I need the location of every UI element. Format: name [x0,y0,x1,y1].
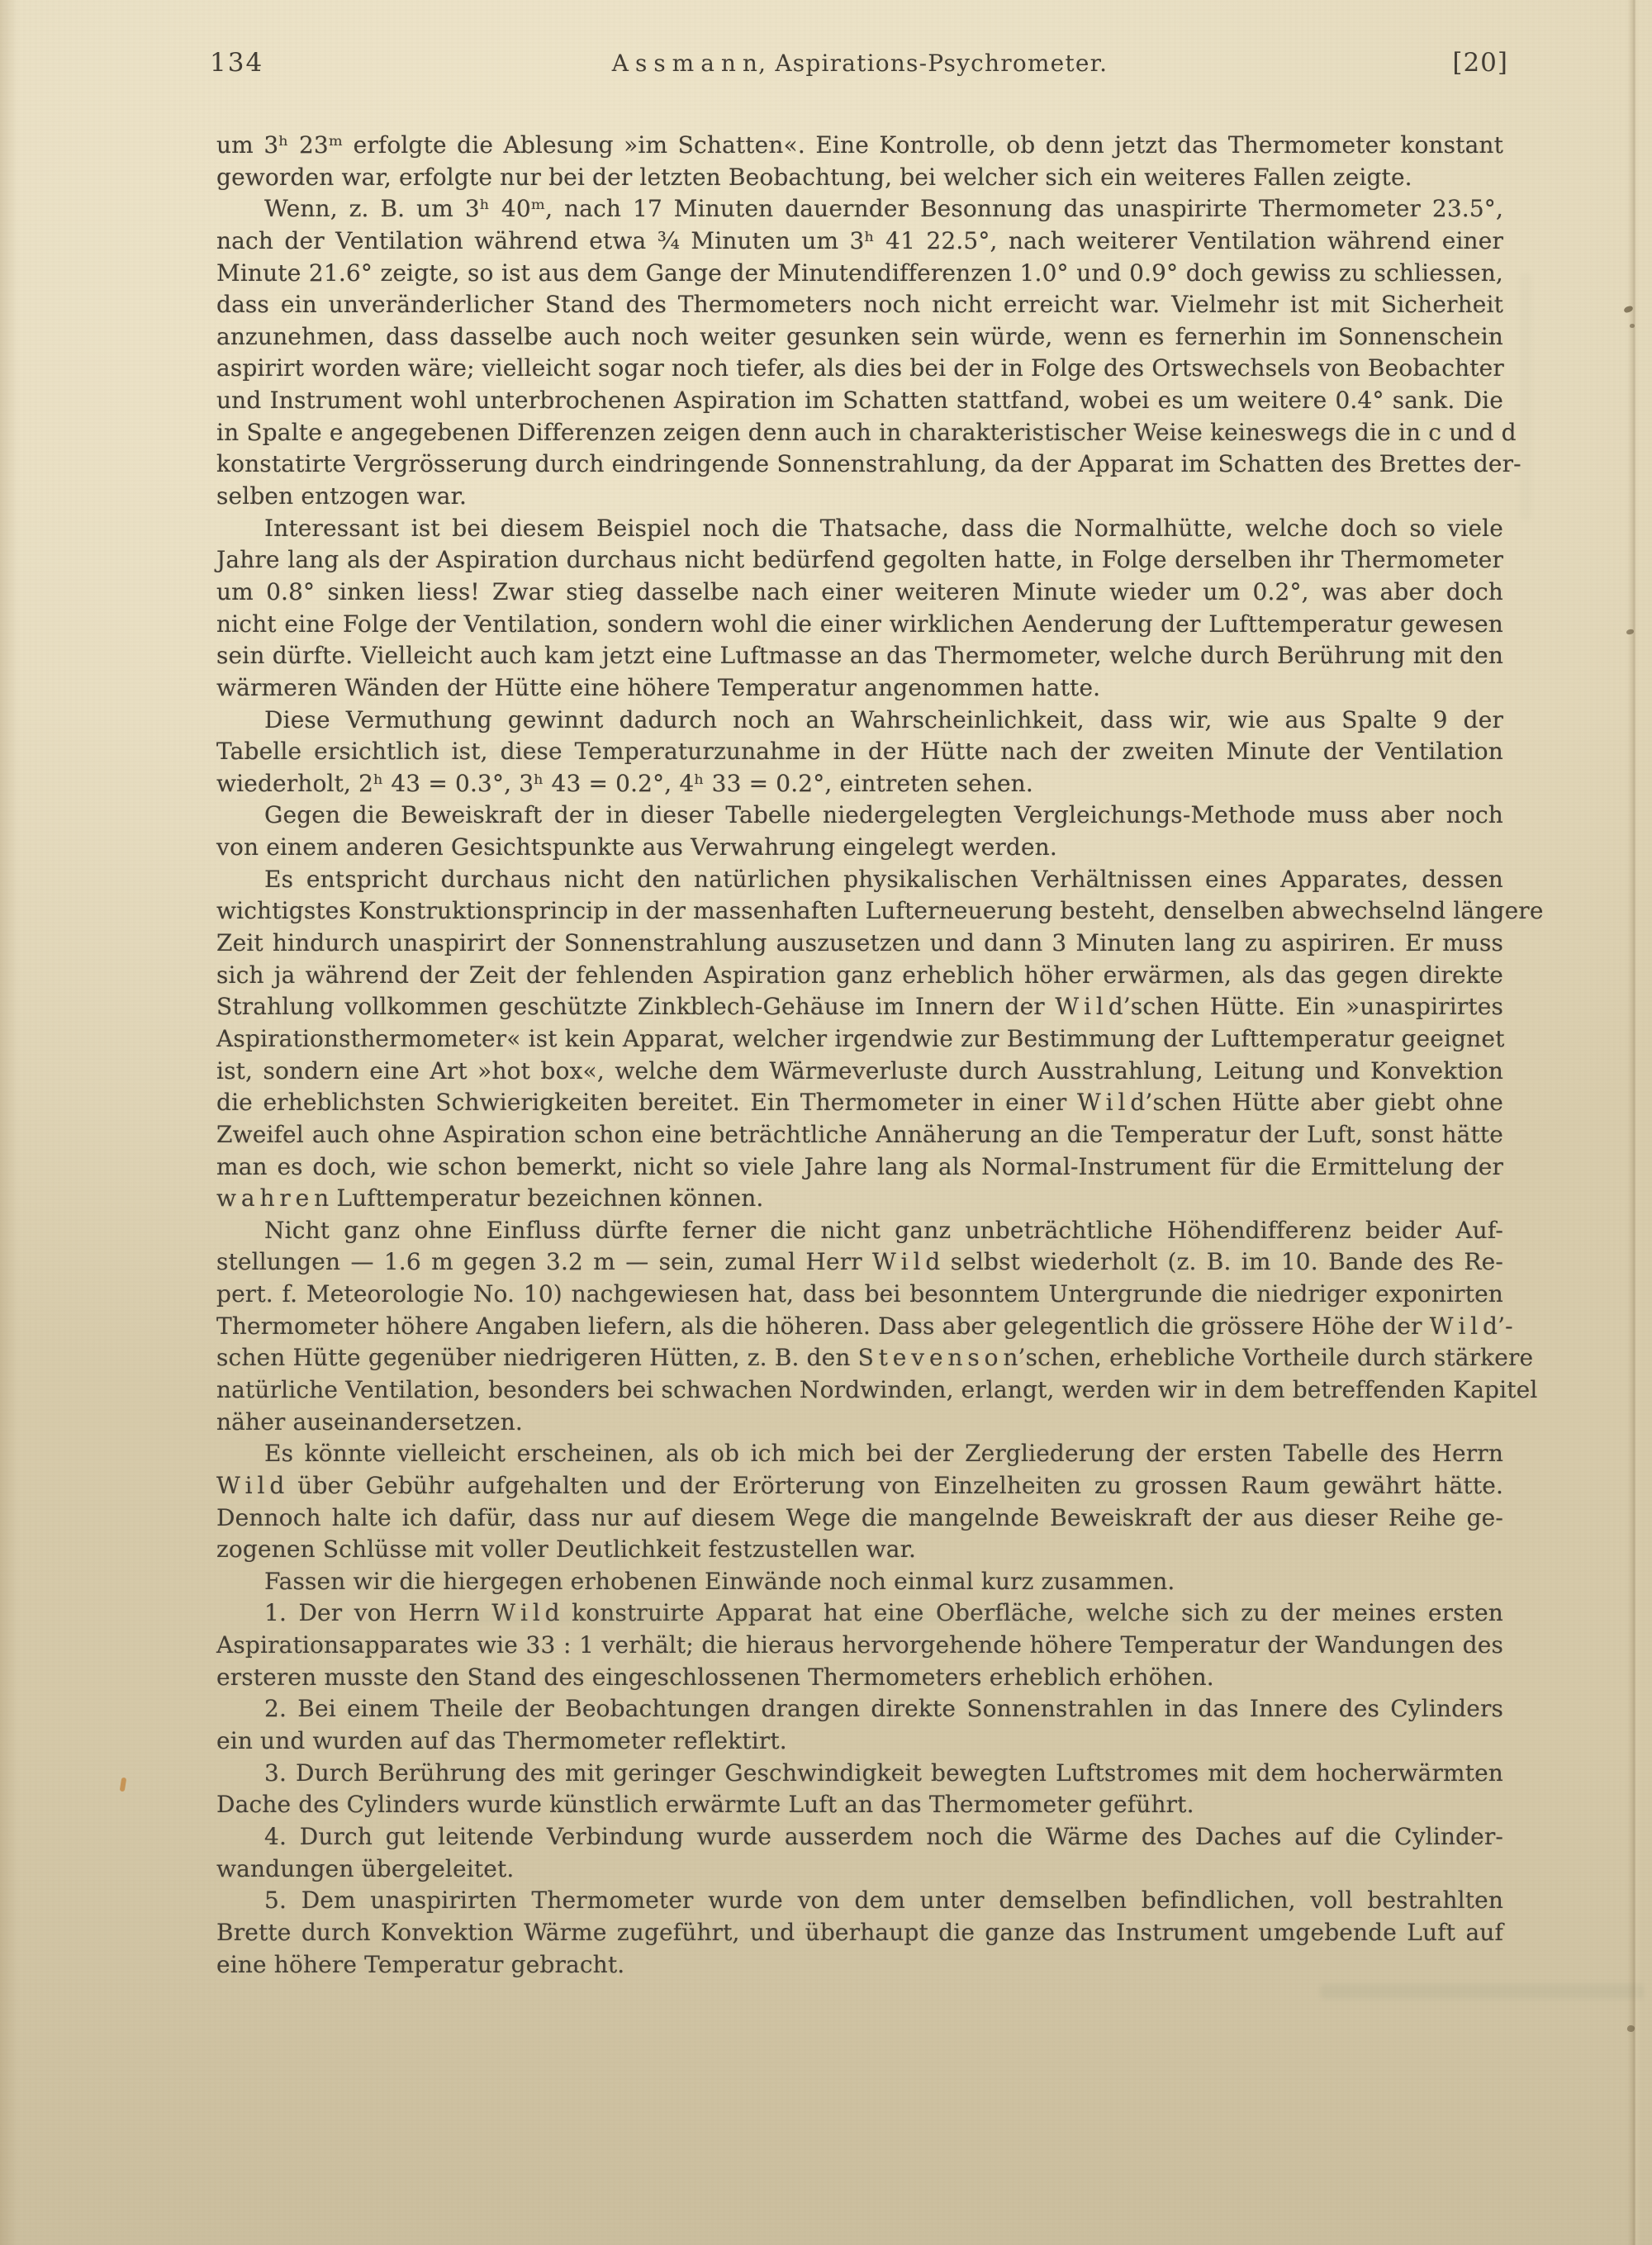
text-line: stellungen — 1.6 m gegen 3.2 m — sein, z… [216,1246,1503,1279]
text-line: 5. Dem unaspirirten Thermometer wurde vo… [216,1885,1503,1917]
page-header: 134 A s s m a n n, Aspirations-Psychrome… [216,48,1503,81]
text-line: ist, sondern eine Art »hot box«, welche … [216,1056,1503,1088]
text-line: 1. Der von Herrn W i l d konstruirte App… [216,1597,1503,1630]
text-line: um 3ʰ 23ᵐ erfolgte die Ablesung »im Scha… [216,130,1503,162]
text-line: sich ja während der Zeit der fehlenden A… [216,960,1503,992]
text-line: näher auseinandersetzen. [216,1407,1503,1439]
text-line: wiederholt, 2ʰ 43 = 0.3°, 3ʰ 43 = 0.2°, … [216,768,1503,800]
text-line: von einem anderen Gesichtspunkte aus Ver… [216,832,1503,864]
text-line: 4. Durch gut leitende Verbindung wurde a… [216,1821,1503,1853]
text-line: Minute 21.6° zeigte, so ist aus dem Gang… [216,258,1503,290]
text-line: Nicht ganz ohne Einfluss dürfte ferner d… [216,1215,1503,1247]
text-line: konstatirte Vergrösserung durch eindring… [216,449,1503,481]
text-line: eine höhere Temperatur gebracht. [216,1949,1503,1982]
text-line: Strahlung vollkommen geschützte Zinkblec… [216,991,1503,1023]
text-line: Brette durch Konvektion Wärme zugeführt,… [216,1917,1503,1949]
text-line: ersteren musste den Stand des eingeschlo… [216,1662,1503,1694]
text-line: w a h r e n Lufttemperatur bezeichnen kö… [216,1183,1503,1215]
text-line: selben entzogen war. [216,481,1503,513]
scanned-page: 134 A s s m a n n, Aspirations-Psychrome… [0,0,1652,2245]
text-line: sein dürfte. Vielleicht auch kam jetzt e… [216,640,1503,672]
text-line: Jahre lang als der Aspiration durchaus n… [216,544,1503,577]
text-line: wandungen übergeleitet. [216,1853,1503,1886]
text-line: pert. f. Meteorologie No. 10) nachgewies… [216,1279,1503,1311]
text-line: um 0.8° sinken liess! Zwar stieg dasselb… [216,577,1503,609]
text-line: Tabelle ersichtlich ist, diese Temperatu… [216,736,1503,768]
text-line: nicht eine Folge der Ventilation, sonder… [216,609,1503,641]
text-line: 2. Bei einem Theile der Beobachtungen dr… [216,1693,1503,1725]
text-line: Dennoch halte ich dafür, dass nur auf di… [216,1502,1503,1535]
text-line: dass ein unveränderlicher Stand des Ther… [216,289,1503,321]
text-line: geworden war, erfolgte nur bei der letzt… [216,162,1503,194]
text-line: 3. Durch Berührung des mit geringer Gesc… [216,1758,1503,1790]
text-line: Aspirationsapparates wie 33 : 1 verhält;… [216,1630,1503,1662]
text-line: Fassen wir die hiergegen erhobenen Einwä… [216,1566,1503,1598]
text-line: Diese Vermuthung gewinnt dadurch noch an… [216,705,1503,737]
text-line: Zeit hindurch unaspirirt der Sonnenstrah… [216,928,1503,960]
text-line: die erheblichsten Schwierigkeiten bereit… [216,1087,1503,1119]
text-line: und Instrument wohl unterbrochenen Aspir… [216,385,1503,417]
bleedthrough-mark [1520,273,1531,520]
text-line: Wenn, z. B. um 3ʰ 40ᵐ, nach 17 Minuten d… [216,193,1503,225]
issue-number: [20] [1452,48,1508,78]
text-line: anzunehmen, dass dasselbe auch noch weit… [216,321,1503,354]
text-line: aspirirt worden wäre; vielleicht sogar n… [216,353,1503,385]
text-line: Gegen die Beweiskraft der in dieser Tabe… [216,800,1503,832]
text-line: nach der Ventilation während etwa ¾ Minu… [216,225,1503,258]
page-crease [1627,0,1640,2245]
text-line: Es könnte vielleicht erscheinen, als ob … [216,1438,1503,1470]
text-line: Thermometer höhere Angaben liefern, als … [216,1311,1503,1343]
running-title: A s s m a n n, Aspirations-Psychrometer. [216,50,1503,77]
text-line: schen Hütte gegenüber niedrigeren Hütten… [216,1342,1503,1374]
page-body: um 3ʰ 23ᵐ erfolgte die Ablesung »im Scha… [216,130,1503,1981]
text-line: zogenen Schlüsse mit voller Deutlichkeit… [216,1534,1503,1566]
page-left-edge-shadow [0,0,18,2245]
text-line: in Spalte e angegebenen Differenzen zeig… [216,417,1503,449]
text-line: ein und wurden auf das Thermometer refle… [216,1725,1503,1758]
text-line: Zweifel auch ohne Aspiration schon eine … [216,1119,1503,1151]
paper-speck [120,1777,127,1792]
bleedthrough-mark [1320,1984,1644,1999]
text-line: wichtigstes Konstruktionsprincip in der … [216,895,1503,928]
text-line: wärmeren Wänden der Hütte eine höhere Te… [216,672,1503,705]
text-line: Aspirationsthermometer« ist kein Apparat… [216,1023,1503,1056]
text-line: Es entspricht durchaus nicht den natürli… [216,864,1503,896]
text-line: natürliche Ventilation, besonders bei sc… [216,1374,1503,1407]
text-line: Interessant ist bei diesem Beispiel noch… [216,513,1503,545]
text-line: Dache des Cylinders wurde künstlich erwä… [216,1789,1503,1821]
text-line: man es doch, wie schon bemerkt, nicht so… [216,1151,1503,1184]
text-line: W i l d über Gebühr aufgehalten und der … [216,1470,1503,1502]
